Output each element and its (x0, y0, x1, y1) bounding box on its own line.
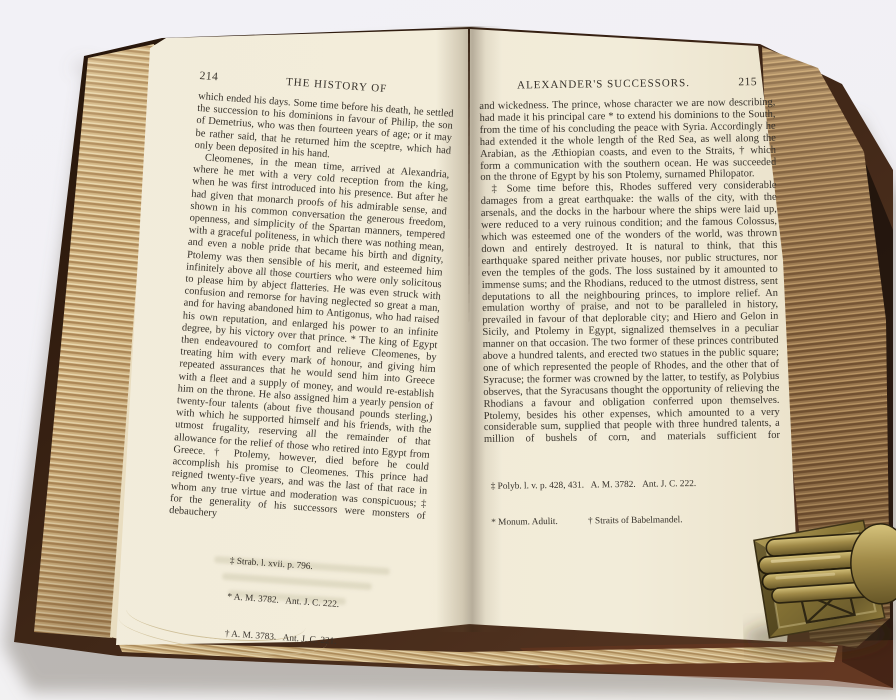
brass-hand-page-holder (739, 509, 896, 684)
footnote: † A. M. 3783. Ant. J. C. 221. (224, 628, 416, 654)
right-page-text: ALEXANDER'S SUCCESSORS. 215 and wickedne… (479, 76, 782, 554)
right-paragraph: ‡ Some time before this, Rhodes suffered… (480, 180, 780, 446)
left-footnotes: ‡ Strab. l. xvii. p. 796. * A. M. 3782. … (223, 530, 424, 677)
left-paragraph: Cleomenes, in the mean time, arrived at … (169, 152, 450, 535)
footnote: ‡ Polyb. l. v. p. 428, 431. A. M. 3782. … (491, 477, 781, 493)
left-page-text: 214 THE HISTORY OF which ended his days.… (159, 70, 456, 678)
book-photo: 214 THE HISTORY OF which ended his days.… (0, 0, 896, 700)
left-page-number: 214 (199, 70, 219, 83)
footnote: * A. M. 3782. Ant. J. C. 222. (227, 591, 419, 617)
footnote: ‡ Strab. l. xvii. p. 796. (229, 555, 421, 581)
right-running-head: ALEXANDER'S SUCCESSORS. (517, 77, 690, 91)
right-footnotes: ‡ Polyb. l. v. p. 428, 431. A. M. 3782. … (490, 452, 781, 554)
right-page-number: 215 (738, 76, 775, 89)
footnote: * Monum. Adulit. † Straits of Babelmande… (491, 513, 781, 529)
right-paragraph: and wickedness. The prince, whose charac… (479, 97, 776, 184)
